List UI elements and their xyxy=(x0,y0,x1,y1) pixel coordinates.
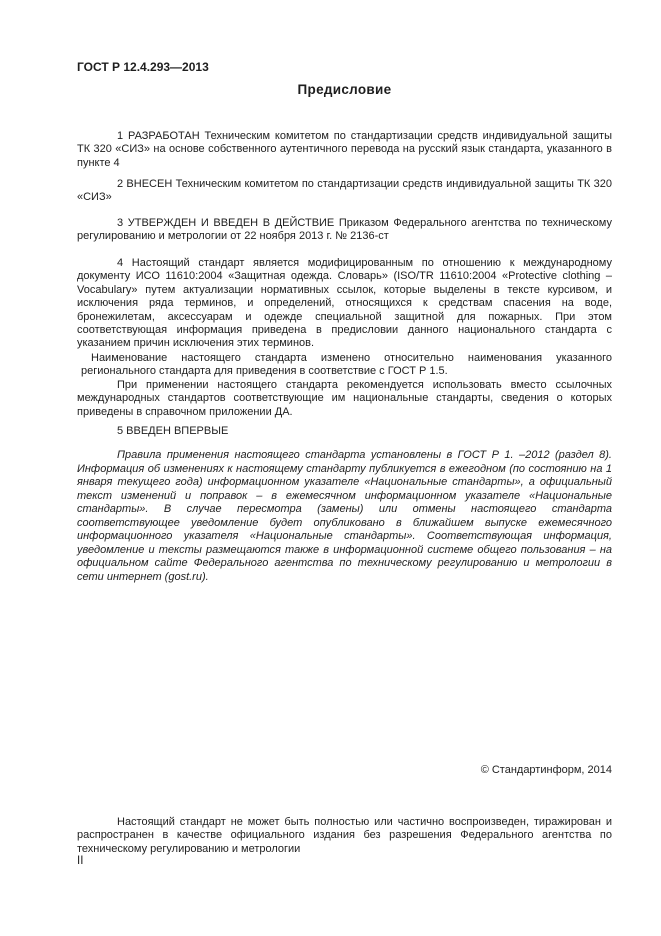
document-page: ГОСТ Р 12.4.293—2013 Предисловие 1 РАЗРА… xyxy=(0,0,661,936)
reproduction-restriction-note: Настоящий стандарт не может быть полност… xyxy=(77,816,612,856)
clause-1-developed: 1 РАЗРАБОТАН Техническим комитетом по ст… xyxy=(77,130,612,170)
clause-3-approved: 3 УТВЕРЖДЕН И ВВЕДЕН В ДЕЙСТВИЕ Приказом… xyxy=(77,217,612,244)
clause-4-modified: 4 Настоящий стандарт является модифициро… xyxy=(77,257,612,351)
clause-4-application-note: При применении настоящего стандарта реко… xyxy=(77,379,612,419)
clause-4-name-note: Наименование настоящего стандарта измене… xyxy=(77,352,612,379)
doc-number: ГОСТ Р 12.4.293—2013 xyxy=(77,61,612,74)
application-rules-note: Правила применения настоящего стандарта … xyxy=(77,449,612,584)
page-title: Предисловие xyxy=(77,83,612,96)
clause-2-submitted: 2 ВНЕСЕН Техническим комитетом по станда… xyxy=(77,178,612,205)
page-number: II xyxy=(77,855,612,868)
clause-5-first-time: 5 ВВЕДЕН ВПЕРВЫЕ xyxy=(77,425,612,438)
copyright-line: © Стандартинформ, 2014 xyxy=(77,764,612,777)
